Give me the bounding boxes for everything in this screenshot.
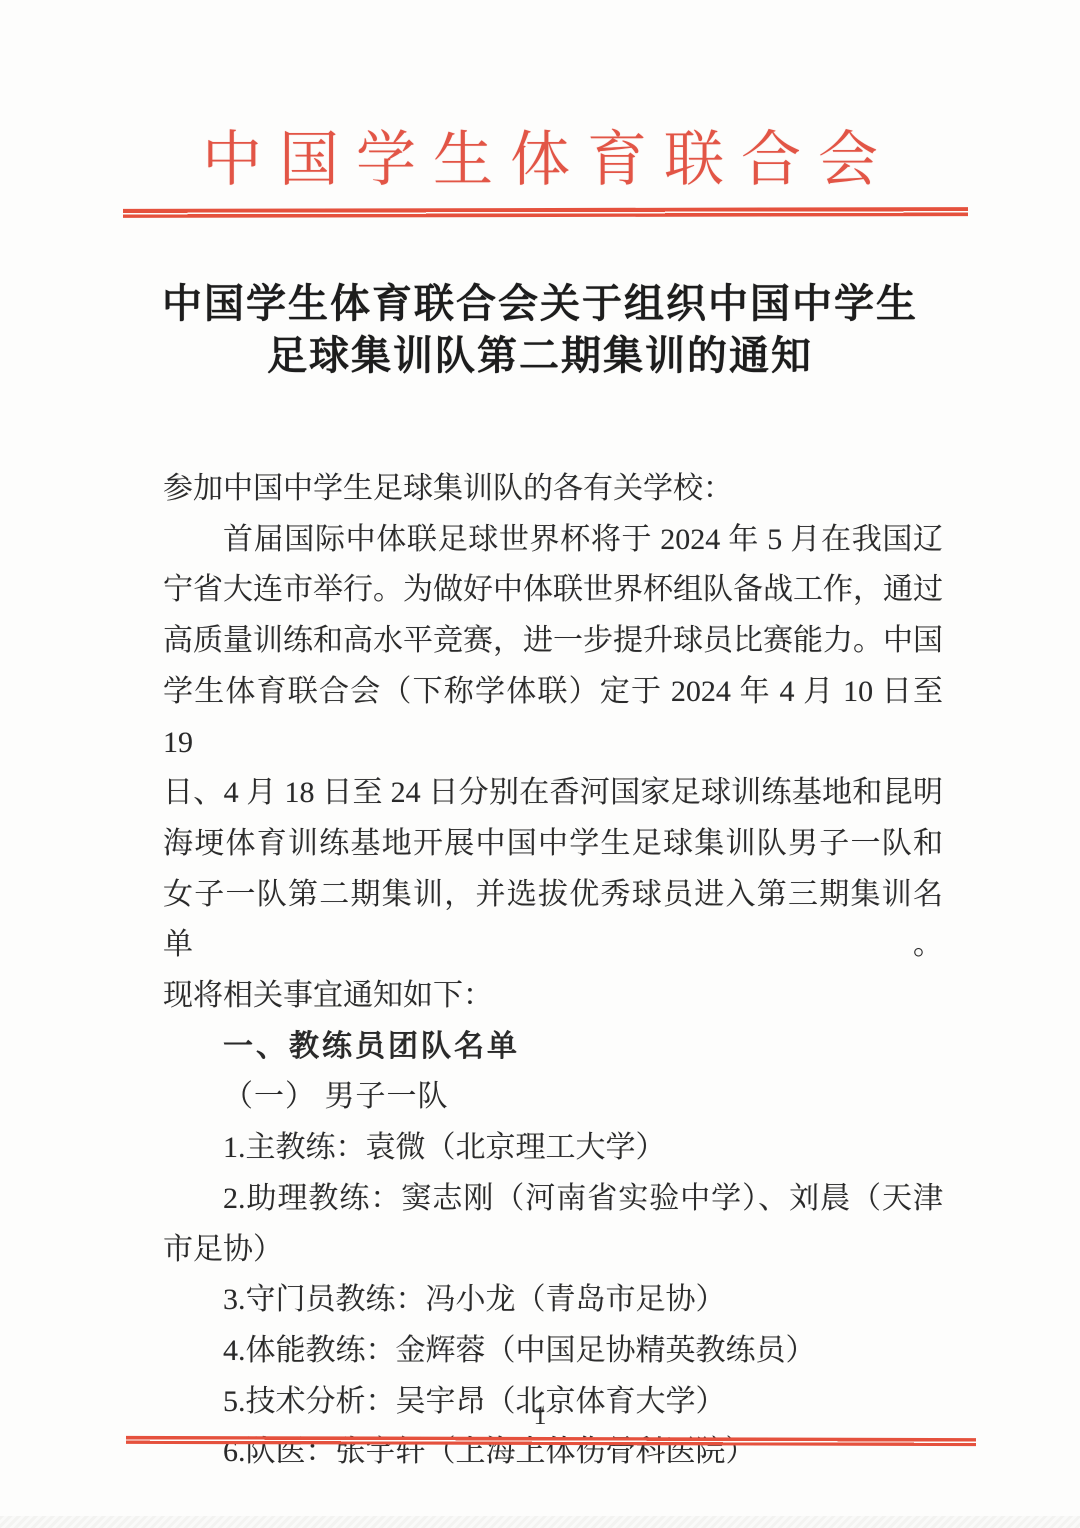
document-title-line2: 足球集训队第二期集训的通知 <box>0 330 1080 382</box>
intro-line: 宁省大连市举行。为做好中体联世界杯组队备战工作，通过 <box>163 565 943 616</box>
coach-list-item: 4.体能教练：金辉蓉（中国足协精英教练员） <box>163 1326 943 1377</box>
scanned-notice-page: 中国学生体育联合会 中国学生体育联合会关于组织中国中学生 足球集训队第二期集训的… <box>0 0 1080 1528</box>
document-title-line1: 中国学生体育联合会关于组织中国中学生 <box>0 278 1080 330</box>
intro-line: 现将相关事宜通知如下： <box>163 971 943 1022</box>
coach-list-item: 6.队医：张宇轩（上海上体伤骨科医院） <box>163 1427 943 1478</box>
subsection-heading: （一） 男子一队 <box>163 1072 943 1123</box>
intro-line: 首届国际中体联足球世界杯将于 2024 年 5 月在我国辽 <box>163 515 943 566</box>
coach-list-item: 1.主教练：袁微（北京理工大学） <box>163 1123 943 1174</box>
page-number: 1 <box>0 1399 1080 1433</box>
section-heading: 一、教练员团队名单 <box>163 1022 943 1073</box>
intro-line: 学生体育联合会（下称学体联）定于 2024 年 4 月 10 日至 19 <box>163 667 943 768</box>
scan-edge-artifact <box>0 1516 1080 1528</box>
intro-line: 日、4 月 18 日至 24 日分别在香河国家足球训练基地和昆明 <box>163 768 943 819</box>
document-body: 参加中国中学生足球集训队的各有关学校：首届国际中体联足球世界杯将于 2024 年… <box>163 464 943 1478</box>
coach-list-item: 2.助理教练：窦志刚（河南省实验中学）、刘晨（天津 <box>163 1174 943 1225</box>
letterhead-org-name: 中国学生体育联合会 <box>0 124 1080 196</box>
coach-list-item-continuation: 市足协） <box>163 1225 943 1276</box>
intro-line: 海埂体育训练基地开展中国中学生足球集训队男子一队和 <box>163 819 943 870</box>
coach-list-item: 3.守门员教练：冯小龙（青岛市足协） <box>163 1275 943 1326</box>
intro-line: 女子一队第二期集训，并选拔优秀球员进入第三期集训名单。 <box>163 870 943 971</box>
document-title: 中国学生体育联合会关于组织中国中学生 足球集训队第二期集训的通知 <box>0 278 1080 382</box>
intro-line: 高质量训练和高水平竞赛，进一步提升球员比赛能力。中国 <box>163 616 943 667</box>
letterhead-rule <box>123 207 968 218</box>
salutation-line: 参加中国中学生足球集训队的各有关学校： <box>163 464 943 515</box>
